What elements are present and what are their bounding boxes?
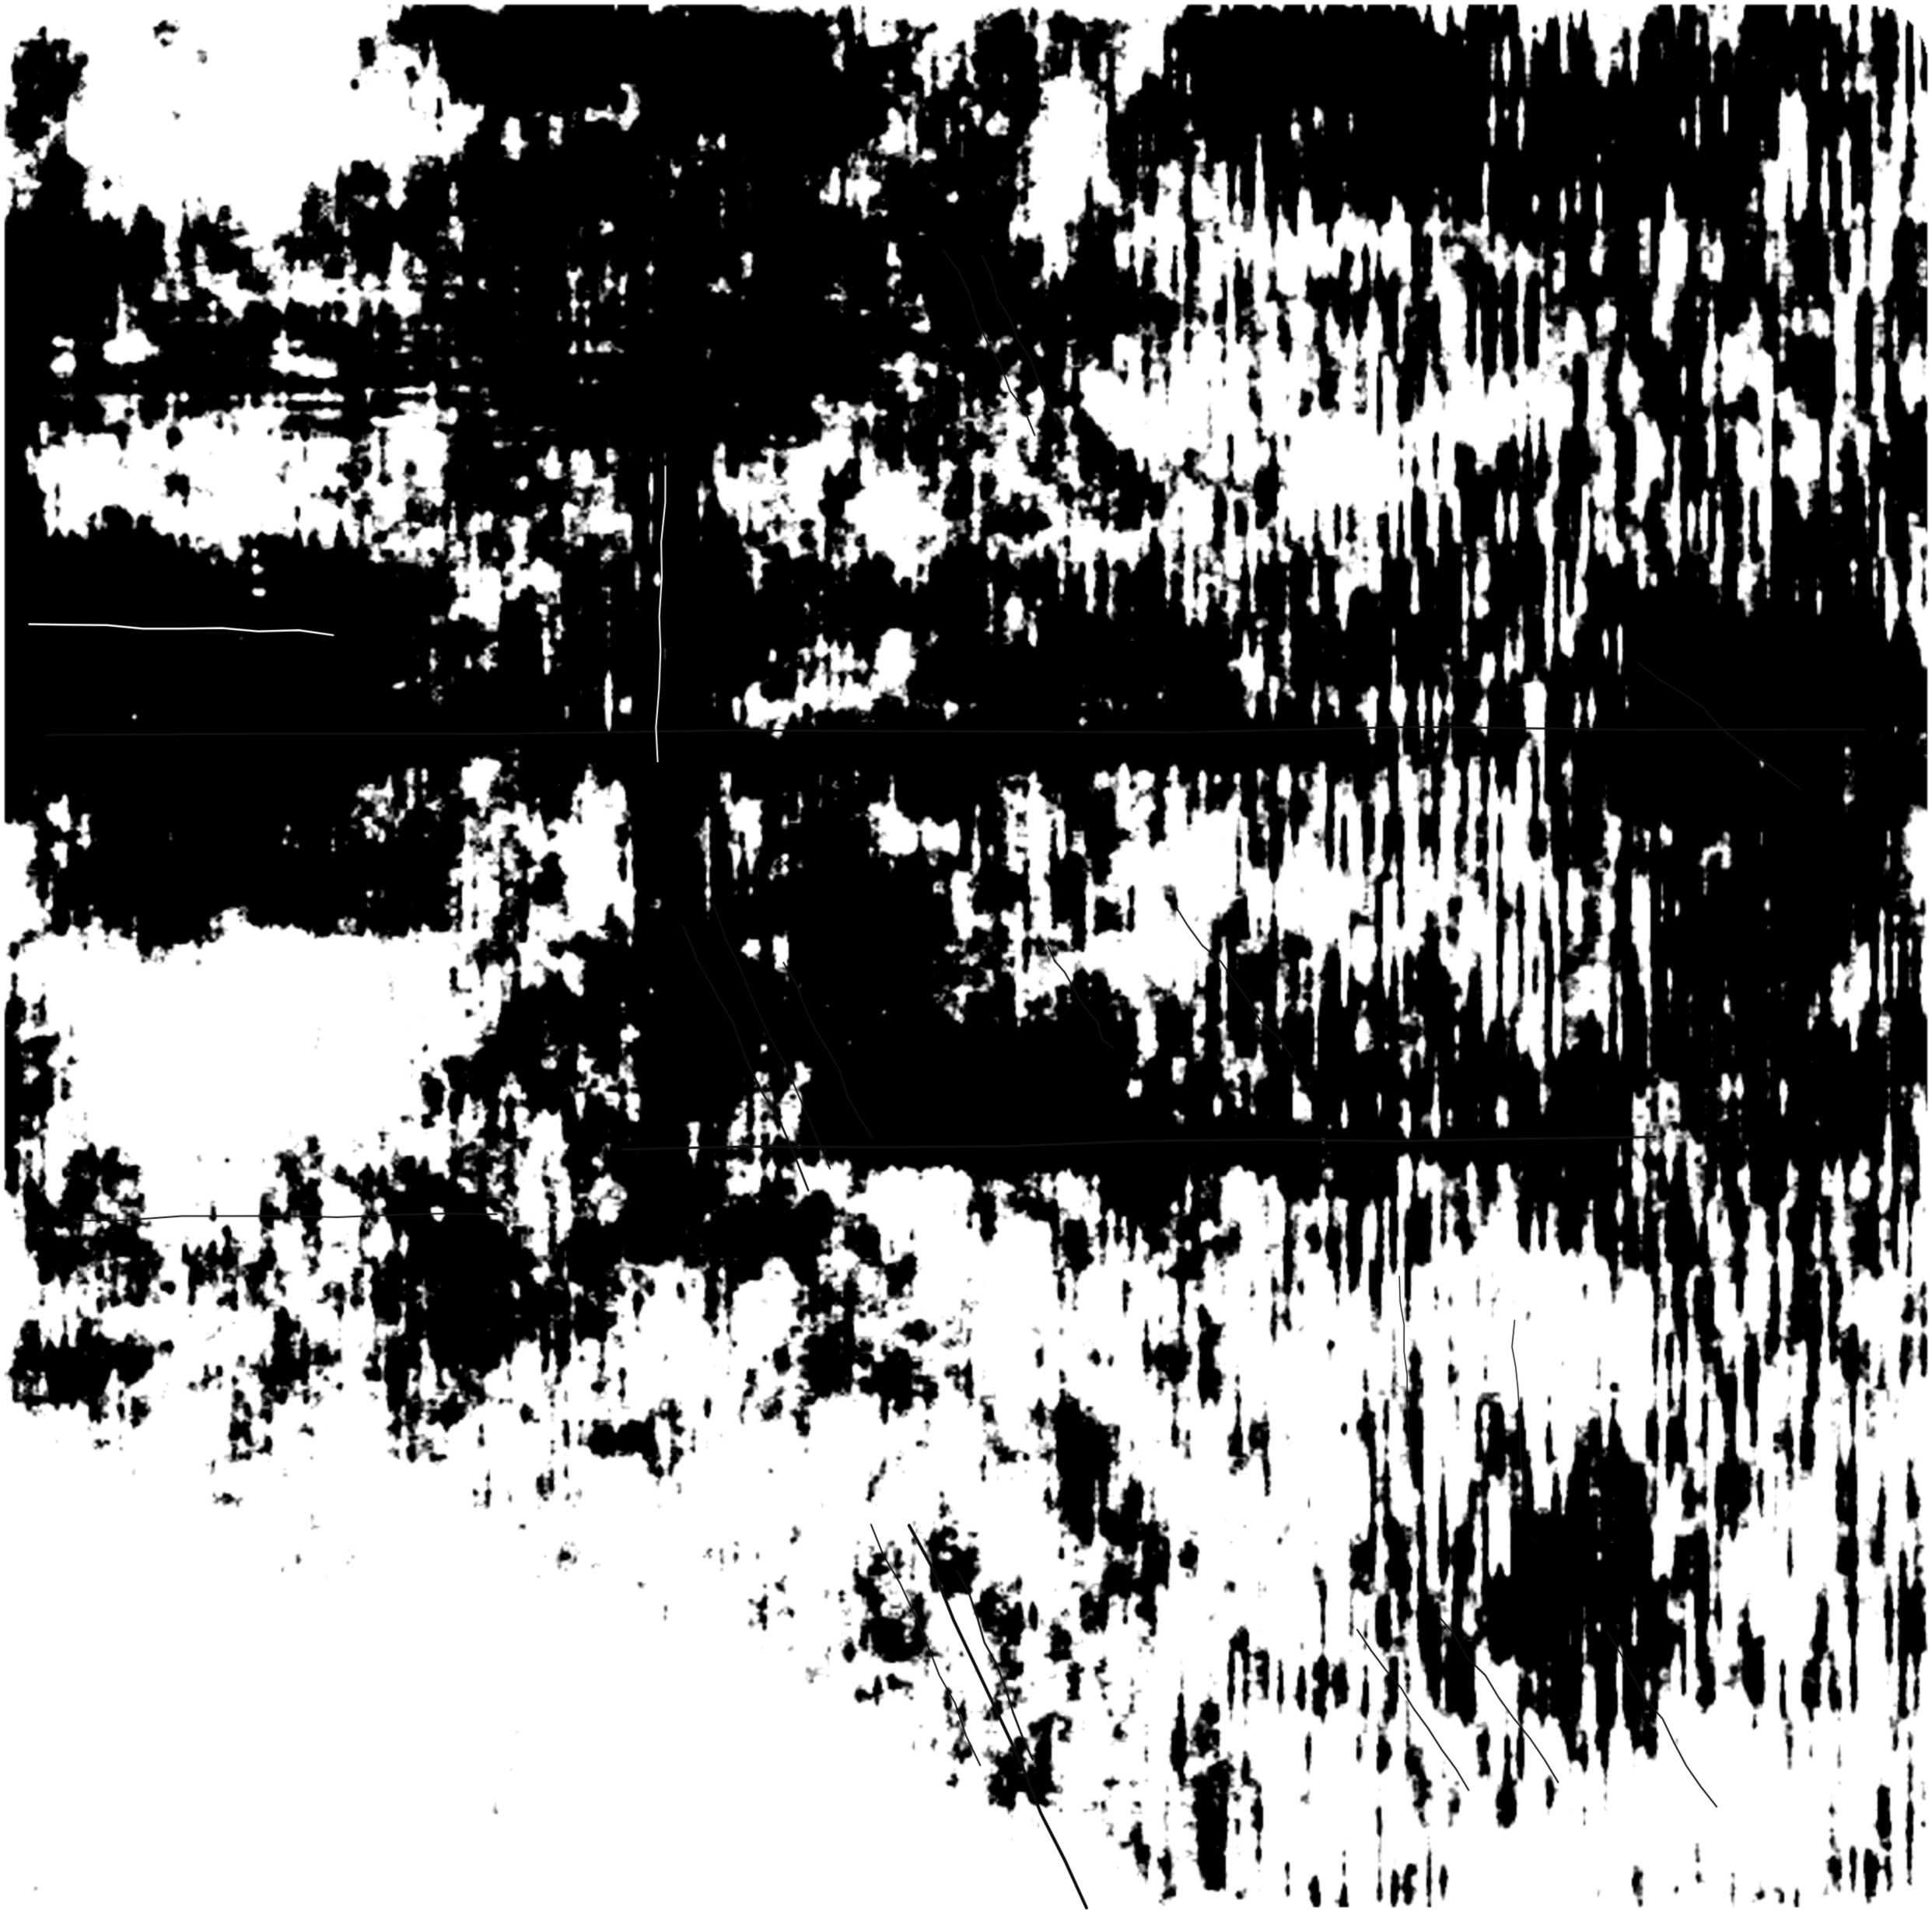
noise-texture-canvas <box>0 0 1932 1918</box>
degraded-photocopy-page <box>0 0 1932 1918</box>
